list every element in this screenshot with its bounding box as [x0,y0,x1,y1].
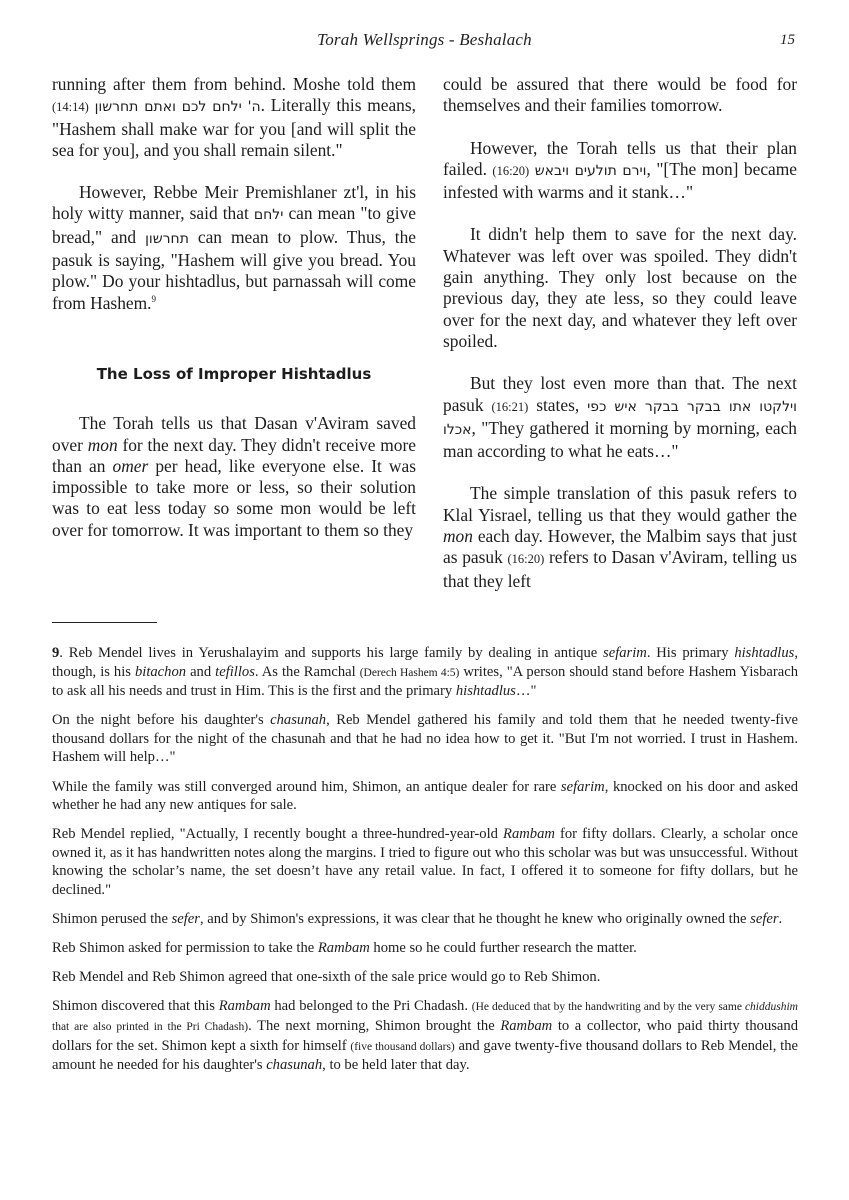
text: , "They gathered it morning by morning, … [443,418,797,461]
text: , to be held later that day. [322,1057,469,1073]
hebrew-word: ילחם [254,207,284,223]
footnote-9: 9. Reb Mendel lives in Yerushalayim and … [52,644,798,701]
italic-term: tefillos [215,664,255,680]
footnote-paragraph: Shimon perused the sefer, and by Shimon'… [52,910,798,929]
footnote-marker[interactable]: 9 [152,294,157,304]
italic-term: mon [443,526,473,546]
verse-reference: (16:20) [507,552,544,566]
text: Reb Shimon asked for permission to take … [52,940,318,956]
paragraph: It didn't help them to save for the next… [443,224,797,352]
verse-reference: (14:14) [52,100,89,114]
text: home so he could further research the ma… [370,940,637,956]
source-reference: (Derech Hashem 4:5) [360,667,460,679]
verse-reference: (16:21) [491,400,528,414]
footnote-paragraph: Reb Mendel and Reb Shimon agreed that on… [52,968,798,987]
text: …" [516,683,537,699]
italic-term: Rambam [219,998,271,1014]
footnote-divider [52,622,157,623]
right-column: could be assured that there would be foo… [443,74,797,592]
hebrew-quote: וירם תולעים ויבאש [535,163,647,179]
text: Shimon discovered that this [52,998,219,1014]
text: Shimon perused the [52,911,172,927]
italic-term: sefarim [603,645,647,661]
italic-term: sefarim [561,779,605,795]
text: . The next morning, Shimon brought the [248,1018,500,1034]
paragraph: running after them from behind. Moshe to… [52,74,416,161]
italic-term: bitachon [135,664,186,680]
text: While the family was still converged aro… [52,779,561,795]
text: that are also printed in the Pri Chadash… [52,1021,248,1033]
verse-reference: (16:20) [492,164,529,178]
text: Reb Mendel replied, "Actually, I recentl… [52,826,503,842]
italic-term: chasunah [266,1057,322,1073]
text: The simple translation of this pasuk ref… [443,483,797,524]
text: . As the Ramchal [255,664,360,680]
text: states, [528,395,587,415]
book-title: Torah Wellsprings - Beshalach [0,30,849,50]
paragraph: However, the Torah tells us that their p… [443,138,797,204]
left-column: running after them from behind. Moshe to… [52,74,416,541]
paragraph: However, Rebbe Meir Premishlaner zt'l, i… [52,182,416,314]
footnote-paragraph: On the night before his daughter's chasu… [52,711,798,767]
text: and [186,664,215,680]
text: On the night before his daughter's [52,712,270,728]
paragraph: could be assured that there would be foo… [443,74,797,117]
paragraph: The simple translation of this pasuk ref… [443,483,797,591]
italic-term: chiddushim [745,1001,798,1013]
italic-term: mon [88,435,118,455]
italic-term: sefer [750,911,778,927]
text: . Reb Mendel lives in Yerushalayim and s… [59,645,603,661]
running-header: Torah Wellsprings - Beshalach 15 [0,30,849,56]
footnote-paragraph: Reb Shimon asked for permission to take … [52,939,798,958]
italic-term: Rambam [500,1018,552,1034]
page-number: 15 [780,32,795,49]
text: . [779,911,783,927]
section-heading: The Loss of Improper Hishtadlus [52,364,416,385]
text: , and by Shimon's expressions, it was cl… [200,911,750,927]
parenthetical-note: (five thousand dollars) [350,1041,454,1053]
italic-term: hishtadlus [734,645,794,661]
text: had belonged to the Pri Chadash. [271,998,472,1014]
paragraph: The Torah tells us that Dasan v'Aviram s… [52,413,416,541]
footnote-paragraph: Reb Mendel replied, "Actually, I recentl… [52,825,798,899]
paragraph: But they lost even more than that. The n… [443,373,797,462]
italic-term: sefer [172,911,200,927]
italic-term: Rambam [318,940,370,956]
italic-term: omer [113,456,149,476]
text: running after them from behind. Moshe to… [52,74,416,94]
text: (He deduced that by the handwriting and … [472,1001,745,1013]
hebrew-quote: ה' ילחם לכם ואתם תחרשון [95,99,261,115]
italic-term: Rambam [503,826,555,842]
footnote-paragraph: While the family was still converged aro… [52,778,798,815]
hebrew-word: תחרשון [145,231,189,247]
italic-term: chasunah [270,712,326,728]
footnote-paragraph: Shimon discovered that this Rambam had b… [52,997,798,1074]
footnotes-section: 9. Reb Mendel lives in Yerushalayim and … [52,644,798,1085]
text: . His primary [647,645,734,661]
italic-term: hishtadlus [456,683,516,699]
